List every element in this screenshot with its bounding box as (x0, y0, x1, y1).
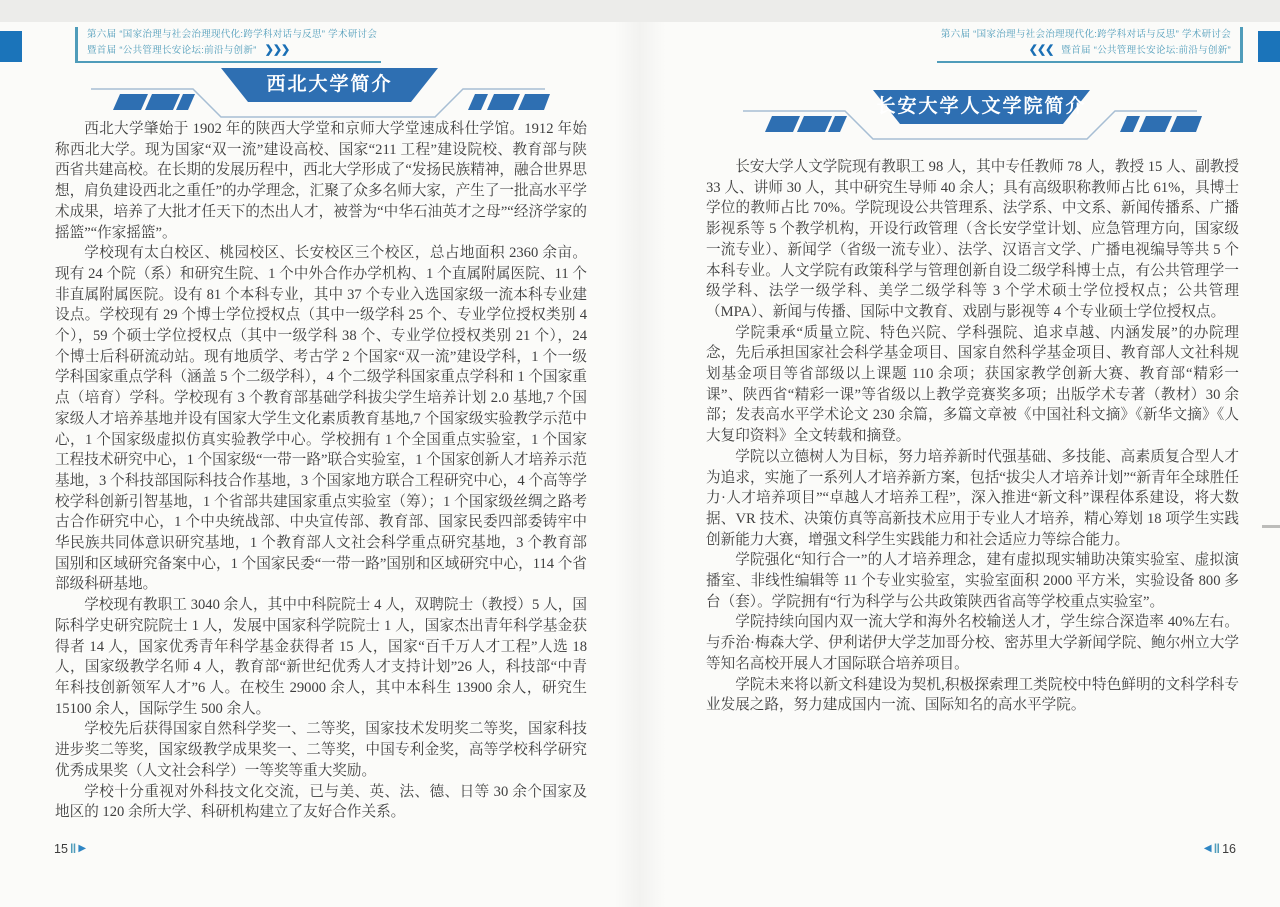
page-body-left: 西北大学肇始于 1902 年的陕西大学堂和京师大学堂速成科仕学馆。1912 年始… (55, 119, 587, 823)
document-spread: 第六届 “国家治理与社会治理现代化:跨学科对话与反思” 学术研讨会 暨首届 “公… (0, 0, 1280, 907)
paragraph: 学院强化“知行合一”的人才培养理念，建有虚拟现实辅助决策实验室、虚拟演播室、非线… (706, 550, 1239, 612)
conference-header-line2-row: ❮❮❮暨首届 “公共管理长安论坛:前沿与创新” (941, 43, 1231, 59)
paragraph: 学校先后获得国家自然科学奖一、二等奖，国家技术发明奖二等奖，国家科技进步奖二等奖… (55, 719, 587, 781)
page-number-left: 15 (54, 842, 68, 856)
page-divider-icon: ‖ (70, 841, 76, 856)
scan-top-edge (0, 0, 1280, 22)
conference-header-line2: 暨首届 “公共管理长安论坛:前沿与创新” (1061, 45, 1231, 56)
page-body-right: 长安大学人文学院现有教职工 98 人，其中专任教师 78 人，教授 15 人、副… (706, 157, 1239, 716)
paragraph: 学校十分重视对外科技文化交流，已与美、英、法、德、日等 30 余个国家及地区的 … (55, 782, 587, 823)
conference-header-line2: 暨首届 “公共管理长安论坛:前沿与创新” (87, 45, 257, 56)
paragraph: 学院未来将以新文科建设为契机,积极探索理工类院校中特色鲜明的文科学科专业发展之路… (706, 675, 1239, 716)
paragraph: 学校现有教职工 3040 余人，其中中科院院士 4 人，双聘院士（教授）5 人，… (55, 595, 587, 719)
conference-header-line2-row: 暨首届 “公共管理长安论坛:前沿与创新”❯❯❯ (87, 43, 377, 59)
scan-binding-mark (1262, 525, 1280, 528)
back-chevrons-icon: ❮❮❮ (1029, 44, 1054, 56)
paragraph: 学院以立德树人为目标，努力培养新时代强基础、多技能、高素质复合型人才为追求，实施… (706, 447, 1239, 551)
triangle-right-icon: ▶ (78, 844, 86, 854)
forward-chevrons-icon: ❯❯❯ (265, 44, 290, 56)
corner-accent-square-right (1258, 31, 1280, 62)
paragraph: 学院秉承“质量立院、特色兴院、学科强院、追求卓越、内涵发展”的办院理念，先后承担… (706, 323, 1239, 447)
section-banner-right: 长安大学人文学院简介 (740, 89, 1202, 141)
page-footer-right: ◀ ‖ 16 (1204, 841, 1236, 856)
paragraph: 西北大学肇始于 1902 年的陕西大学堂和京师大学堂速成科仕学馆。1912 年始… (55, 119, 587, 243)
section-title-right: 长安大学人文学院简介 (873, 92, 1090, 122)
conference-header-left: 第六届 “国家治理与社会治理现代化:跨学科对话与反思” 学术研讨会 暨首届 “公… (75, 27, 381, 63)
page-gutter-shadow (614, 22, 666, 907)
triangle-left-icon: ◀ (1204, 844, 1212, 854)
paragraph: 学院持续向国内双一流大学和海外名校输送人才，学生综合深造率 40%左右。与乔治·… (706, 612, 1239, 674)
conference-header-line1: 第六届 “国家治理与社会治理现代化:跨学科对话与反思” 学术研讨会 (87, 28, 377, 43)
paragraph: 长安大学人文学院现有教职工 98 人，其中专任教师 78 人，教授 15 人、副… (706, 157, 1239, 323)
corner-accent-square-left (0, 31, 22, 62)
page-divider-icon: ‖ (1214, 841, 1220, 856)
section-title-left: 西北大学简介 (221, 70, 438, 100)
conference-header-line1: 第六届 “国家治理与社会治理现代化:跨学科对话与反思” 学术研讨会 (941, 28, 1231, 43)
section-banner-left: 西北大学简介 (88, 67, 550, 119)
paragraph: 学校现有太白校区、桃园校区、长安校区三个校区，总占地面积 2360 余亩。现有 … (55, 243, 587, 595)
conference-header-right: 第六届 “国家治理与社会治理现代化:跨学科对话与反思” 学术研讨会 ❮❮❮暨首届… (937, 27, 1243, 63)
page-number-right: 16 (1222, 842, 1236, 856)
page-footer-left: 15 ‖ ▶ (54, 841, 86, 856)
